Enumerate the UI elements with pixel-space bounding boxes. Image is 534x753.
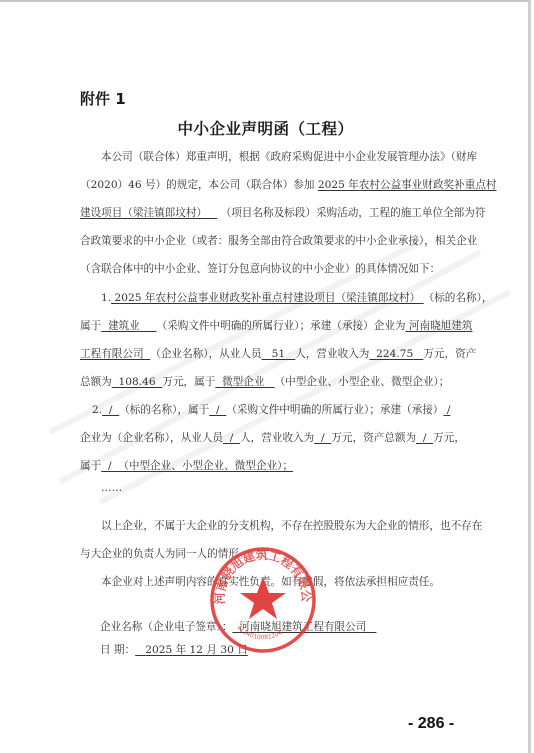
svg-text:4114010081204: 4114010081204 [235,624,283,641]
intro-line-3: 建设项目（梁洼镇郎坟村） （项目名称及标段）采购活动，工程的施工单位全部为符 [80,205,455,220]
star-icon [240,577,286,619]
item1-line-4: 总额为 108.46 万元，属于 微型企业 （中型企业、小型企业、微型企业）； [80,374,455,389]
item1-company: 河南晓旭建筑 [409,320,473,332]
statement-line-1: 以上企业，不属于大企业的分支机构，不存在控股股东为大企业的情形，也不存在 [80,518,455,533]
item1-line-1: 1. 2025 年农村公益事业财政奖补重点村建设项目（梁洼镇郎坟村） （标的名称… [80,290,455,305]
item1-revenue: 224.75 [376,348,413,360]
item2-line-1: 2. / （标的名称），属于 / （采购文件中明确的所属行业）；承建（承接） / [80,402,455,417]
intro-line-2: （2020）46 号）的规定，本公司（联合体）参加 2025 年农村公益事业财政… [80,177,455,192]
intro-line-4: 合政策要求的中小企业（或者：服务全部由符合政策要求的中小企业承接），相关企业 [80,233,455,248]
document-page: 附件 1 中小企业声明函（工程） 本公司（联合体）郑重声明，根据《政府采购促进中… [0,0,531,753]
item2-line-3: 属于 / （中型企业、小型企业、微型企业）； [80,458,455,473]
intro-line-5: （含联合体中的中小企业、签订分包意向协议的中小企业）的具体情况如下： [80,261,455,276]
project-name-cont: 建设项目（梁洼镇郎坟村） [80,207,207,219]
ellipsis: …… [101,482,476,494]
project-name: 2025 年农村公益事业财政奖补重点村 [318,179,497,191]
page-number: - 286 - [408,715,454,733]
item1-industry: 建筑业 [108,320,140,332]
item1-line-3: 工程有限公司 （企业名称），从业人员 51 人，营业收入为 224.75 万元，… [80,346,455,361]
seal-code: 4114010081204 [235,624,283,641]
item1-employees: 51 [272,348,285,360]
item1-size-type: 微型企业 [222,376,264,388]
page-title: 中小企业声明函（工程） [0,117,531,139]
attachment-label: 附件 1 [80,88,126,109]
item2-line-2: 企业为（企业名称），从业人员 / 人，营业收入为 / 万元，资产总额为 / 万元… [80,430,455,445]
item1-assets: 108.46 [119,376,156,388]
item1-subject: 2025 年农村公益事业财政奖补重点村建设项目（梁洼镇郎坟村） [114,292,420,304]
company-seal: 河南晓旭建筑工程有限公司 4114010081204 [208,545,318,655]
intro-line-1: 本公司（联合体）郑重声明，根据《政府采购促进中小企业发展管理办法》（财库 [80,149,455,164]
item1-line-2: 属于 建筑业 （采购文件中明确的所属行业）；承建（承接）企业为 河南晓旭建筑 [80,318,455,333]
